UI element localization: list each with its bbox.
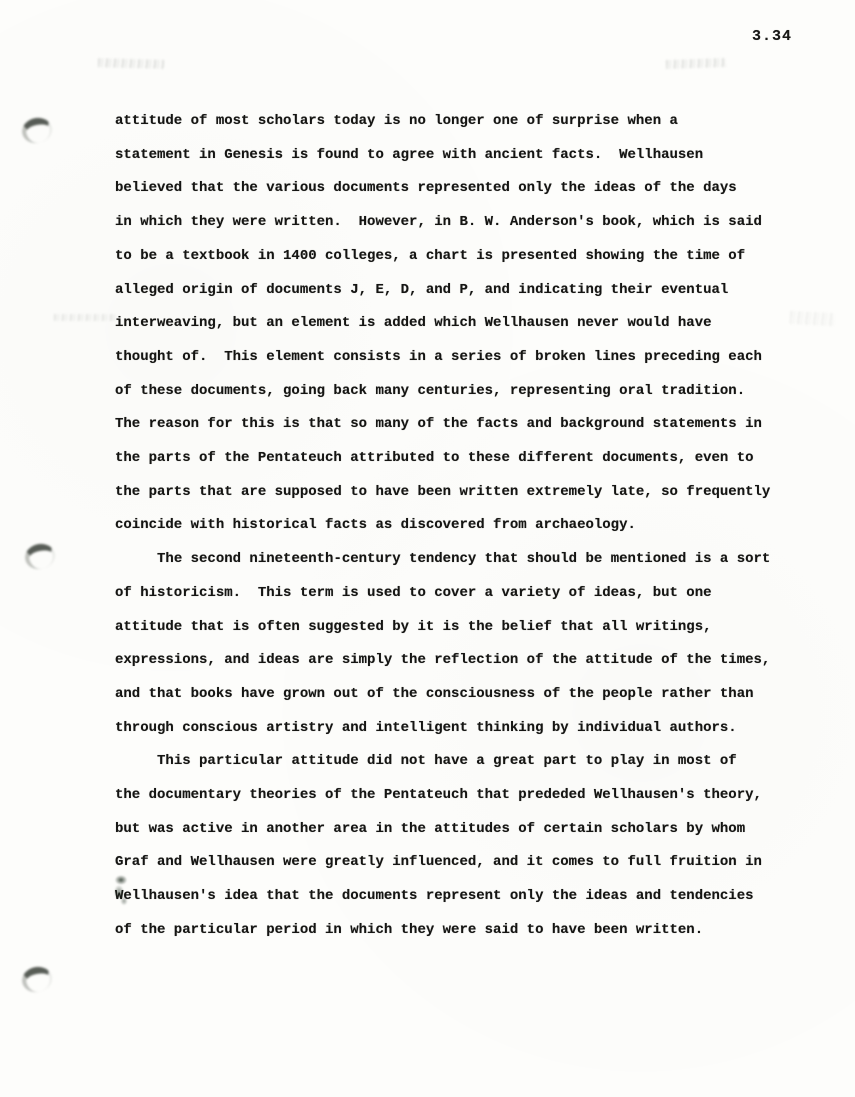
pencil-smudge-top-left bbox=[98, 58, 164, 69]
pencil-marks-left-margin bbox=[54, 314, 116, 321]
page-number: 3.34 bbox=[752, 28, 792, 45]
paragraph-3: This particular attitude did not have a … bbox=[115, 745, 805, 947]
punch-hole-shadow-bottom bbox=[20, 964, 55, 995]
pencil-smudge-top-right bbox=[666, 58, 726, 69]
punch-hole-shadow-middle bbox=[23, 541, 58, 572]
document-text: attitude of most scholars today is no lo… bbox=[115, 105, 805, 948]
ink-blot-over-wellhausen bbox=[110, 872, 134, 906]
paragraph-1: attitude of most scholars today is no lo… bbox=[115, 105, 805, 543]
paragraph-2: The second nineteenth-century tendency t… bbox=[115, 543, 805, 745]
scanned-typewritten-page: 3.34 attitude of most scholars today is … bbox=[0, 0, 855, 1097]
punch-hole-shadow-top bbox=[20, 115, 55, 146]
